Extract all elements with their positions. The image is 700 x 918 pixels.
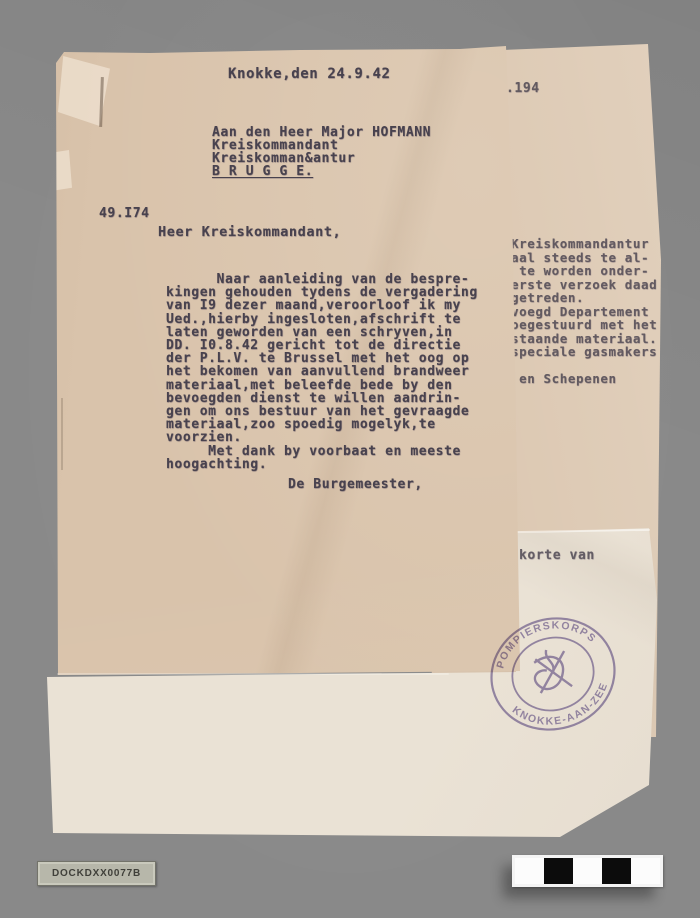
catalog-label-text: DOCKDXX0077B (52, 868, 141, 879)
reference-number: 49.I74 (99, 207, 150, 220)
staple-mark-low (48, 533, 50, 591)
scale-bar-square-black (602, 858, 631, 884)
signature-line: De Burgemeester, (288, 478, 423, 491)
salutation: Heer Kreiskommandant, (158, 226, 341, 239)
fire-brigade-stamp: POMPIERSKORPS KNOKKE-AAN-ZEE (478, 603, 628, 745)
letter-body: Naar aanleiding van de bespre- kingen ge… (166, 273, 478, 471)
paper-scrap (42, 150, 72, 192)
scale-bar-square-white (631, 858, 660, 884)
recipient-city: B R U G G E. (212, 165, 313, 178)
date-line: Knokke,den 24.9.42 (228, 68, 391, 81)
bottom-page-top-edge-left (57, 673, 449, 675)
staple-mark-low-tick2 (48, 589, 57, 591)
bottom-page-fragment: korte van (519, 549, 595, 562)
scale-bar (512, 855, 663, 887)
staple-mark-low-tick (48, 533, 57, 535)
scale-bar-square-white (573, 858, 602, 884)
scanned-document-photo: { "background": { "color": "#898989" }, … (0, 0, 700, 918)
scale-bar-square-black (544, 858, 573, 884)
page-behind-fragment-text: Kreiskommandantur aal steeds te al- te w… (511, 237, 657, 386)
scale-bar-square-white (515, 858, 544, 884)
catalog-label: DOCKDXX0077B (37, 861, 156, 886)
stamp-emblem-icon (528, 645, 574, 695)
staple-mark-mid (61, 398, 63, 470)
year-fragment: .194 (506, 82, 540, 95)
